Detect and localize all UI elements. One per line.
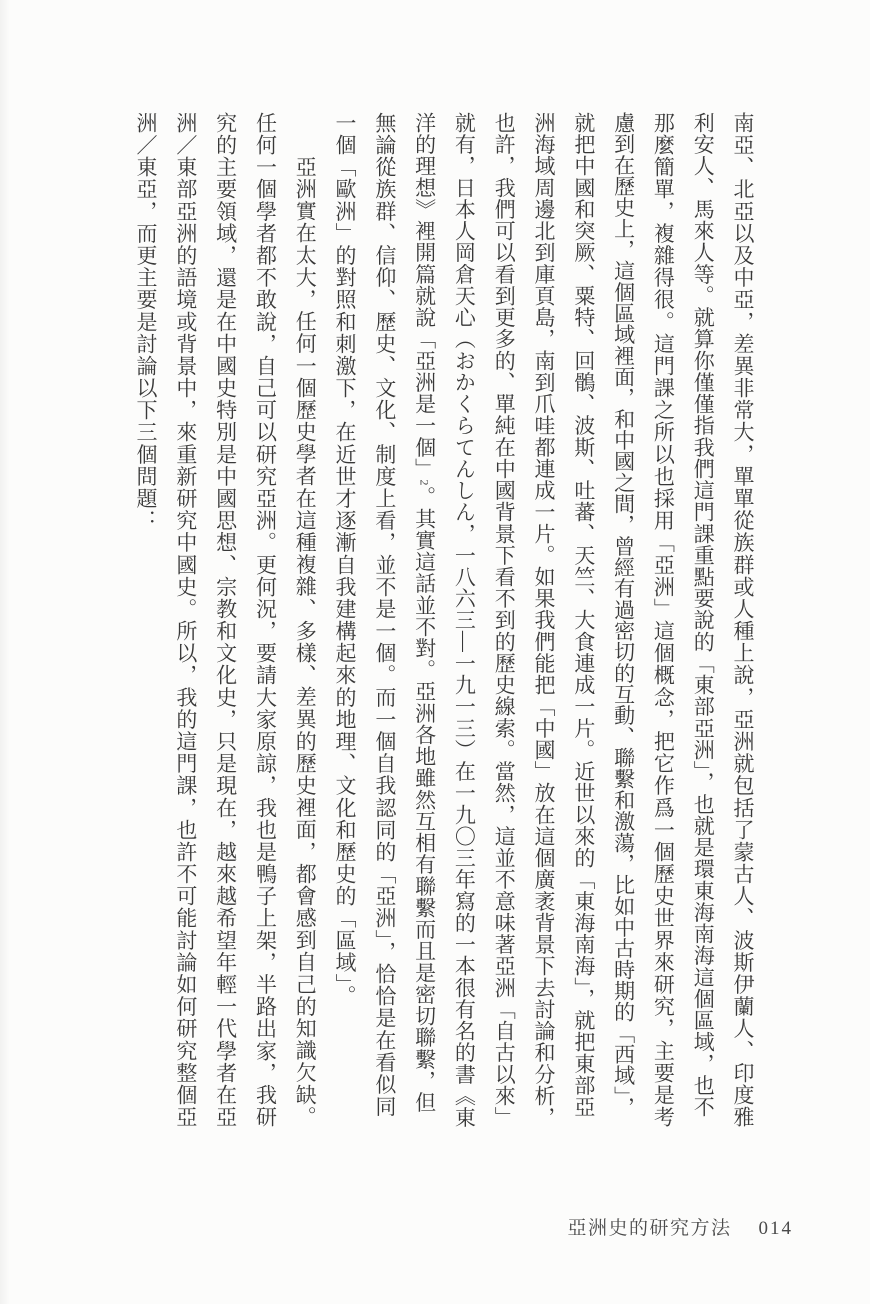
text-column: 南亞、北亞以及中亞，差異非常大，單單從族群或人種上說，亞洲就包括了蒙古人、波斯伊… bbox=[722, 112, 762, 1187]
vertical-text-block: 南亞、北亞以及中亞，差異非常大，單單從族群或人種上說，亞洲就包括了蒙古人、波斯伊… bbox=[125, 112, 762, 1187]
text-column: 無論從族群、信仰、歷史、文化、制度上看，並不是一個。而一個自我認同的「亞洲」，恰… bbox=[364, 112, 404, 1187]
text-column: 洋的理想》裡開篇就說「亞洲是一個」2。其實這話並不對。亞洲各地雖然互相有聯繫而且… bbox=[404, 112, 444, 1187]
text-column: 亞洲實在太大，任何一個歷史學者在這種複雜、多樣、差異的歷史裡面，都會感到自己的知… bbox=[284, 112, 324, 1187]
text-column: 洲／東部亞洲的語境或背景中，來重新研究中國史。所以，我的這門課，也許不可能討論如… bbox=[165, 112, 205, 1187]
page-footer: 亞洲史的研究方法014 bbox=[567, 1213, 793, 1240]
page-number: 014 bbox=[759, 1218, 794, 1239]
text-column: 任何一個學者都不敢說，自己可以研究亞洲。更何況，要請大家原諒，我也是鴨子上架，半… bbox=[245, 112, 285, 1187]
text-column: 洲海域周邊北到庫頁島，南到爪哇都連成一片。如果我們能把「中國」放在這個廣袤背景下… bbox=[523, 112, 563, 1187]
text-column: 利安人、馬來人等。就算你僅僅指我們這門課重點要說的「東部亞洲」，也就是環東海南海… bbox=[682, 112, 722, 1187]
book-page: 南亞、北亞以及中亞，差異非常大，單單從族群或人種上說，亞洲就包括了蒙古人、波斯伊… bbox=[0, 0, 870, 1304]
text-column: 那麼簡單，複雜得很。這門課之所以也採用「亞洲」這個概念，把它作爲一個歷史世界來研… bbox=[643, 112, 683, 1187]
text-column: 也許，我們可以看到更多的、單純在中國背景下看不到的歷史線索。當然，這並不意味著亞… bbox=[483, 112, 523, 1187]
running-title: 亞洲史的研究方法 bbox=[567, 1218, 731, 1239]
text-column: 一個「歐洲」的對照和刺激下，在近世才逐漸自我建構起來的地理、文化和歷史的「區域」… bbox=[324, 112, 364, 1187]
text-column: 就把中國和突厥、粟特、回鶻、波斯、吐蕃、天竺、大食連成一片。近世以來的「東海南海… bbox=[563, 112, 603, 1187]
text-column: 就有，日本人岡倉天心（おかくらてんしん，一八六三—一九一三）在一九〇三年寫的一本… bbox=[444, 112, 484, 1187]
footnote-marker: 2 bbox=[418, 480, 432, 487]
text-column: 洲／東亞，而更主要是討論以下三個問題： bbox=[125, 112, 165, 1187]
text-column: 慮到在歷史上，這個區域裡面，和中國之間，曾經有過密切的互動、聯繫和激蕩，比如中古… bbox=[603, 112, 643, 1187]
text-column: 究的主要領域，還是在中國史特別是中國思想、宗教和文化史，只是現在，越來越希望年輕… bbox=[205, 112, 245, 1187]
